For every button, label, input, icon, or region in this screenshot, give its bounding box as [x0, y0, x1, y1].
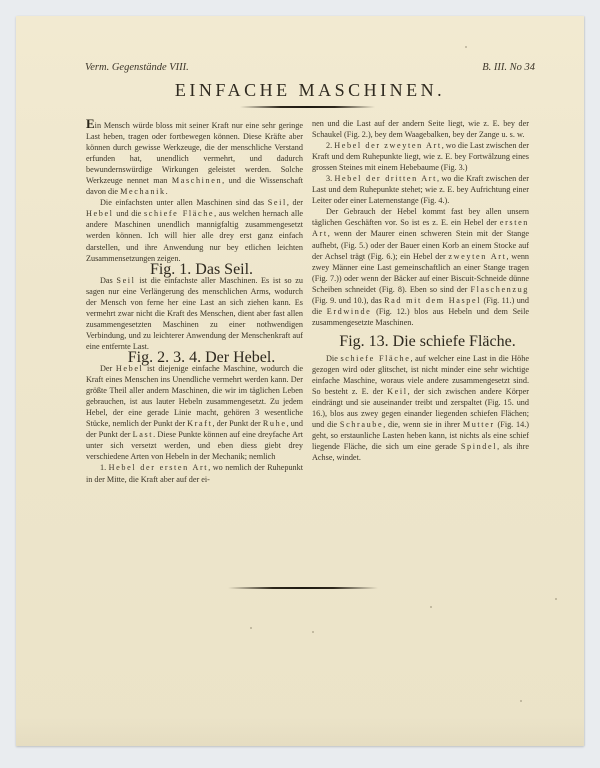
section-heading-schiefe-flaeche: Fig. 13. Die schiefe Fläche.	[312, 336, 529, 347]
page-header: Verm. Gegenstände VIII. B. III. No 34	[85, 62, 535, 76]
schiefe-flaeche-paragraph: Die schiefe Fläche, auf welcher eine Las…	[312, 353, 529, 463]
volume-number: B. III. No 34	[482, 62, 535, 73]
continuation-paragraph: nen und die Last auf der andern Seite li…	[312, 118, 529, 140]
drop-cap: E	[86, 116, 95, 131]
paper-speck	[250, 627, 252, 629]
left-column: Ein Mensch würde bloss mit seiner Kraft …	[86, 118, 303, 485]
paper-speck	[465, 46, 467, 48]
paper-speck	[520, 700, 522, 702]
paper-speck	[312, 631, 314, 633]
hebel-art-1-paragraph: 1. Hebel der ersten Art, wo nemlich der …	[86, 462, 303, 484]
hebel-art-3-paragraph: 3. Hebel der dritten Art, wo die Kraft z…	[312, 173, 529, 206]
right-column: nen und die Last auf der andern Seite li…	[312, 118, 529, 463]
paper-speck	[555, 598, 557, 600]
intro-paragraph-1: Ein Mensch würde bloss mit seiner Kraft …	[86, 118, 303, 197]
page-title: EINFACHE MASCHINEN.	[85, 80, 535, 101]
bottom-rule	[228, 587, 378, 589]
hebel-art-2-paragraph: 2. Hebel der zweyten Art, wo die Last zw…	[312, 140, 529, 173]
section-heading-seil: Fig. 1. Das Seil.	[86, 264, 303, 275]
gebrauch-paragraph: Der Gebrauch der Hebel kommt fast bey al…	[312, 206, 529, 328]
section-heading-hebel: Fig. 2. 3. 4. Der Hebel.	[86, 352, 303, 363]
intro-paragraph-2: Die einfachsten unter allen Maschinen si…	[86, 197, 303, 263]
series-label: Verm. Gegenstände VIII.	[85, 62, 189, 73]
title-rule	[240, 106, 375, 108]
hebel-paragraph: Der Hebel ist diejenige einfache Maschin…	[86, 363, 303, 462]
paper-speck	[430, 606, 432, 608]
seil-paragraph: Das Seil ist die einfachste aller Maschi…	[86, 275, 303, 352]
